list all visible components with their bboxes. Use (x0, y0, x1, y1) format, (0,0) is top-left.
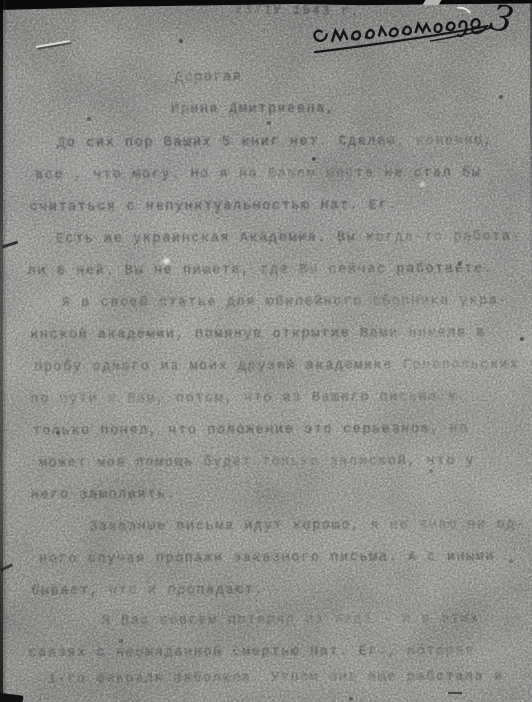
typed-line: все , что могу. Но я на Вашем месте не с… (35, 166, 481, 183)
typed-line: Заказные письма идут хорошо, я не знаю н… (89, 518, 526, 535)
typed-line: До сих пор Ваших 5 книг нет. Сделаю, кон… (57, 134, 494, 151)
salutation-line-1: Дорогая (175, 70, 243, 85)
typed-line: ного случая пропажи заказного письма. А … (39, 550, 495, 567)
typed-line: по пути к Вам, потом, что из Вашего пись… (30, 390, 457, 407)
typed-line: Я в своей статье для юбилейного сборника… (62, 294, 508, 311)
typed-line: Я Вас совсем потерял из вида - и в этих (101, 612, 479, 629)
typed-line: ли в ней. Вы не пишете, где Вы сейчас ра… (28, 262, 494, 279)
typed-line: Есть же украинская Академия. Вы когда-то… (55, 230, 521, 247)
typed-line: связях с неожиданной смертью Нат. Ег., к… (29, 644, 475, 661)
typed-line: считаться с непунктуальностью Нат. Ег. (29, 198, 398, 215)
typed-line: только понял, что положение это серьезно… (32, 422, 469, 439)
typed-line: инской академии, помянув открытие Вами н… (30, 326, 486, 343)
typed-line: 1-го февраля заболела. Утром она еще раб… (48, 670, 504, 687)
typed-line: бывает, что и пропадают. (31, 583, 264, 599)
salutation-line-2: Ирина Дмитриевна, (171, 102, 336, 118)
typed-date: 23/1У 1943 г. (234, 3, 360, 20)
typed-line: него замолвить. (31, 487, 177, 503)
scanned-letter-page: 23/1У 1943 г. Дорогая Ирина Дмитриевна, … (0, 0, 532, 702)
typed-text-layer: 23/1У 1943 г. Дорогая Ирина Дмитриевна, … (0, 0, 532, 702)
typed-line: может моя помощь будет только запиской, … (39, 454, 476, 471)
typed-line: пробу одного из моих друзей академике Го… (34, 358, 519, 376)
